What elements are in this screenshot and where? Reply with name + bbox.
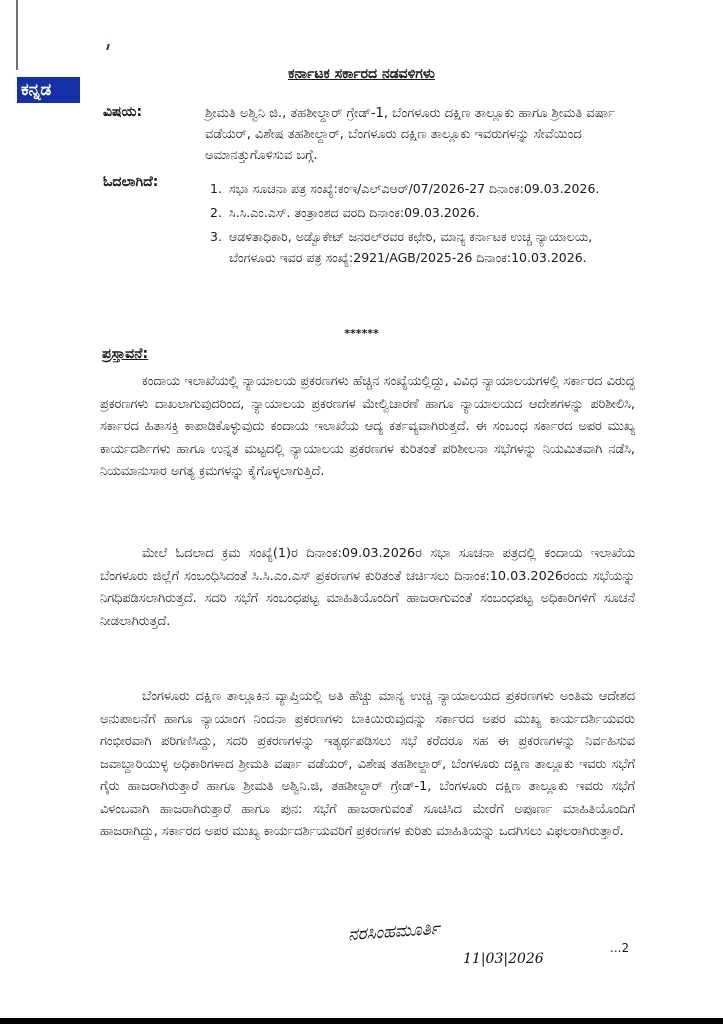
reference-item: 2. ಸಿ.ಸಿ.ಎಂ.ಎಸ್. ತಂತ್ರಾಂಶದ ವರದಿ ದಿನಾಂಕ:0… (205, 202, 635, 223)
ink-mark (106, 44, 110, 50)
subject-text: ಶ್ರೀಮತಿ ಅಶ್ವಿನಿ ಜಿ., ತಹಶೀಲ್ದಾರ್ ಗ್ರೇಡ್-1… (205, 103, 635, 166)
subject-label: ವಿಷಯ: (103, 104, 142, 120)
reference-text: ಆಡಳಿತಾಧಿಕಾರಿ, ಅಡ್ವೊಕೇಟ್ ಜನರಲ್‌ರವರ ಕಛೇರಿ,… (229, 229, 592, 265)
preamble-heading: ಪ್ರಸ್ತಾವನೆ: (102, 346, 148, 362)
reference-item: 3. ಆಡಳಿತಾಧಿಕಾರಿ, ಅಡ್ವೊಕೇಟ್ ಜನರಲ್‌ರವರ ಕಛೇ… (205, 226, 635, 268)
paragraph: ಮೇಲೆ ಓದಲಾದ ಕ್ರಮ ಸಂಖ್ಯೆ(1)ರ ದಿನಾಂಕ:09.03.… (100, 543, 635, 633)
section-separator: ****** (0, 327, 723, 340)
reference-text: ಸಿ.ಸಿ.ಎಂ.ಎಸ್. ತಂತ್ರಾಂಶದ ವರದಿ ದಿನಾಂಕ:09.0… (229, 205, 480, 220)
document-title: ಕರ್ನಾಟಕ ಸರ್ಕಾರದ ನಡವಳಿಗಳು (0, 66, 723, 82)
signature: ನರಸಿಂಹಮೂರ್ತಿ (347, 919, 440, 945)
page-continuation: ...2 (610, 941, 629, 955)
bottom-border (0, 1018, 723, 1024)
reference-text: ಸಭಾ ಸೂಚನಾ ಪತ್ರ ಸಂಖ್ಯೆ:ಕಂಇ/ಎಲ್ಎಆರ್/07/202… (229, 181, 599, 196)
paragraph: ಕಂದಾಯ ಇಲಾಖೆಯಲ್ಲಿ ನ್ಯಾಯಾಲಯ ಪ್ರಕರಣಗಳು ಹೆಚ್… (100, 371, 635, 484)
reference-item: 1. ಸಭಾ ಸೂಚನಾ ಪತ್ರ ಸಂಖ್ಯೆ:ಕಂಇ/ಎಲ್ಎಆರ್/07/… (205, 178, 635, 199)
signature-date: 11|03|2026 (463, 951, 544, 967)
read-label: ಓದಲಾಗಿದೆ: (103, 174, 158, 190)
page-edge-line (16, 0, 18, 70)
paragraph: ಬೆಂಗಳೂರು ದಕ್ಷಿಣ ತಾಲ್ಲೂಕಿನ ವ್ಯಾಪ್ತಿಯಲ್ಲಿ … (100, 686, 635, 844)
references-list: 1. ಸಭಾ ಸೂಚನಾ ಪತ್ರ ಸಂಖ್ಯೆ:ಕಂಇ/ಎಲ್ಎಆರ್/07/… (205, 178, 635, 271)
